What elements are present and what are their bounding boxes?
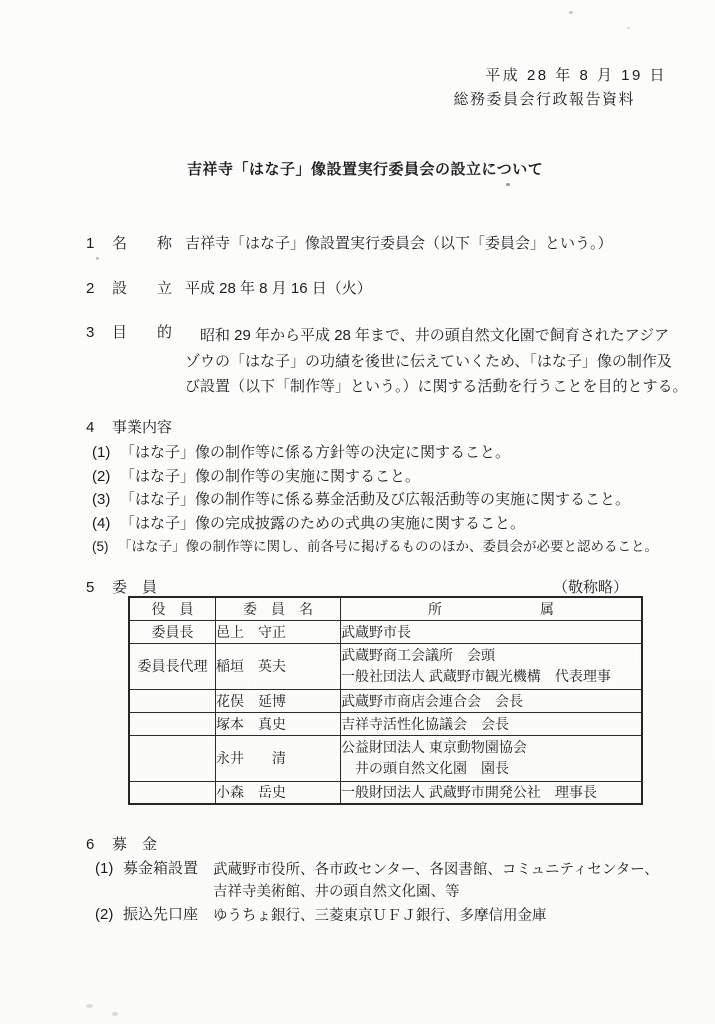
- business-item-text: 「はな子」像の制作等に関し、前各号に掲げるもののほか、委員会が必要と認めること。: [118, 535, 658, 559]
- section-members-number: 5: [86, 578, 112, 598]
- table-row: 委員長 邑上 守正 武蔵野市長: [129, 620, 642, 643]
- fundraising-item-number: (1): [95, 859, 123, 903]
- section-name-label: 名 称: [112, 234, 185, 254]
- scan-speck: [627, 27, 630, 29]
- members-table-container: 役 員 委 員 名 所 属 委員長 邑上 守正 武蔵野市長 委員長代理 稲垣 英…: [128, 596, 643, 805]
- cell-name: 塚本 真史: [216, 712, 341, 735]
- fundraising-items-list: (1) 募金箱設置 武蔵野市役所、各市政センター、各図書館、コミュニティセンター…: [95, 859, 659, 927]
- section-name-number: 1: [86, 234, 112, 254]
- section-fundraising-label: 募 金: [112, 835, 157, 855]
- scan-speck: [506, 183, 510, 186]
- business-item: (5) 「はな子」像の制作等に関し、前各号に掲げるもののほか、委員会が必要と認め…: [92, 535, 658, 559]
- section-name-value: 吉祥寺「はな子」像設置実行委員会（以下「委員会」という。）: [185, 234, 613, 254]
- fundraising-item: (1) 募金箱設置 武蔵野市役所、各市政センター、各図書館、コミュニティセンター…: [95, 859, 659, 903]
- business-item-number: (1): [92, 441, 120, 465]
- table-row: 小森 岳史 一般財団法人 武蔵野市開発公社 理事長: [129, 781, 642, 804]
- business-item-text: 「はな子」像の制作等に係る方針等の決定に関すること。: [120, 441, 510, 465]
- fundraising-value-line: ゆうちょ銀行、三菱東京ＵＦＪ銀行、多摩信用金庫: [213, 905, 547, 927]
- cell-role: [129, 735, 216, 781]
- document-type-label: 総務委員会行政報告資料: [453, 90, 635, 110]
- section-purpose-label: 目 的: [112, 323, 185, 400]
- business-item-text: 「はな子」像の完成披露のための式典の実施に関すること。: [120, 512, 525, 536]
- section-members-label: 委 員: [112, 578, 157, 598]
- business-item-number: (3): [92, 488, 120, 512]
- cell-role: [129, 712, 216, 735]
- section-fundraising-number: 6: [86, 835, 112, 855]
- fundraising-item-label: 振込先口座: [123, 905, 213, 927]
- business-items-list: (1) 「はな子」像の制作等に係る方針等の決定に関すること。 (2) 「はな子」…: [92, 441, 658, 559]
- cell-affiliation: 武蔵野商工会議所 会頭 一般社団法人 武蔵野市観光機構 代表理事: [341, 643, 643, 689]
- members-table: 役 員 委 員 名 所 属 委員長 邑上 守正 武蔵野市長 委員長代理 稲垣 英…: [128, 596, 643, 805]
- business-item-number: (2): [92, 465, 120, 489]
- cell-role: 委員長: [129, 620, 216, 643]
- header-cell-name: 委 員 名: [216, 597, 341, 620]
- business-item-text: 「はな子」像の制作等の実施に関すること。: [120, 465, 420, 489]
- cell-name: 小森 岳史: [216, 781, 341, 804]
- cell-name: 邑上 守正: [216, 620, 341, 643]
- business-item-text: 「はな子」像の制作等に係る募金活動及び広報活動等の実施に関すること。: [120, 488, 630, 512]
- purpose-line: び設置（以下「制作等」という。）に関する活動を行うことを目的とする。: [185, 374, 688, 400]
- affiliation-line: 公益財団法人 東京動物園協会: [341, 737, 641, 758]
- cell-name: 稲垣 英夫: [216, 643, 341, 689]
- header-cell-affiliation: 所 属: [341, 597, 643, 620]
- cell-affiliation: 武蔵野市商店会連合会 会長: [341, 689, 643, 712]
- cell-role: [129, 689, 216, 712]
- table-row: 永井 清 公益財団法人 東京動物園協会 井の頭自然文化園 園長: [129, 735, 642, 781]
- fundraising-item-number: (2): [95, 905, 123, 927]
- affiliation-line: 武蔵野商工会議所 会頭: [341, 645, 641, 666]
- cell-affiliation: 公益財団法人 東京動物園協会 井の頭自然文化園 園長: [341, 735, 643, 781]
- section-name: 1 名 称 吉祥寺「はな子」像設置実行委員会（以下「委員会」という。）: [86, 234, 613, 254]
- fundraising-item-value: 武蔵野市役所、各市政センター、各図書館、コミュニティセンター、 吉祥寺美術館、井…: [213, 859, 659, 903]
- cell-affiliation: 一般財団法人 武蔵野市開発公社 理事長: [341, 781, 643, 804]
- table-row: 花俣 延博 武蔵野市商店会連合会 会長: [129, 689, 642, 712]
- section-business-number: 4: [86, 418, 112, 438]
- business-item-number: (4): [92, 512, 120, 536]
- section-establishment-number: 2: [86, 279, 112, 299]
- affiliation-line: 井の頭自然文化園 園長: [341, 758, 641, 779]
- header-cell-role: 役 員: [129, 597, 216, 620]
- cell-affiliation: 吉祥寺活性化協議会 会長: [341, 712, 643, 735]
- scan-speck: [86, 1004, 93, 1008]
- business-item-number: (5): [92, 535, 118, 559]
- section-establishment-label: 設 立: [112, 279, 185, 299]
- members-table-header-row: 役 員 委 員 名 所 属: [129, 597, 642, 620]
- affiliation-line: 一般社団法人 武蔵野市観光機構 代表理事: [341, 666, 641, 687]
- purpose-line: ゾウの「はな子」の功績を後世に伝えていくため、「はな子」像の制作及: [185, 349, 688, 375]
- fundraising-item-label: 募金箱設置: [123, 859, 213, 903]
- fundraising-value-line: 武蔵野市役所、各市政センター、各図書館、コミュニティセンター、: [213, 859, 659, 881]
- cell-affiliation: 武蔵野市長: [341, 620, 643, 643]
- section-business-label: 事業内容: [112, 418, 172, 438]
- scanned-document-page: 平成 28 年 8 月 19 日 総務委員会行政報告資料 吉祥寺「はな子」像設置…: [0, 0, 715, 1024]
- section-establishment: 2 設 立 平成 28 年 8 月 16 日（火）: [86, 279, 372, 299]
- scan-speck: [96, 257, 99, 260]
- business-item: (2) 「はな子」像の制作等の実施に関すること。: [92, 465, 658, 489]
- section-business-heading: 4 事業内容: [86, 418, 172, 438]
- business-item: (3) 「はな子」像の制作等に係る募金活動及び広報活動等の実施に関すること。: [92, 488, 658, 512]
- fundraising-item: (2) 振込先口座 ゆうちょ銀行、三菱東京ＵＦＪ銀行、多摩信用金庫: [95, 905, 659, 927]
- table-row: 委員長代理 稲垣 英夫 武蔵野商工会議所 会頭 一般社団法人 武蔵野市観光機構 …: [129, 643, 642, 689]
- document-date: 平成 28 年 8 月 19 日: [485, 66, 667, 86]
- fundraising-value-line: 吉祥寺美術館、井の頭自然文化園、等: [213, 881, 659, 903]
- table-row: 塚本 真史 吉祥寺活性化協議会 会長: [129, 712, 642, 735]
- section-members-heading: 5 委 員: [86, 578, 157, 598]
- section-purpose: 3 目 的 昭和 29 年から平成 28 年まで、井の頭自然文化園で飼育されたア…: [86, 323, 688, 400]
- section-establishment-value: 平成 28 年 8 月 16 日（火）: [185, 279, 372, 299]
- cell-role: [129, 781, 216, 804]
- scan-speck: [569, 11, 573, 14]
- business-item: (1) 「はな子」像の制作等に係る方針等の決定に関すること。: [92, 441, 658, 465]
- cell-name: 花俣 延博: [216, 689, 341, 712]
- purpose-line: 昭和 29 年から平成 28 年まで、井の頭自然文化園で飼育されたアジア: [185, 323, 688, 349]
- fundraising-item-value: ゆうちょ銀行、三菱東京ＵＦＪ銀行、多摩信用金庫: [213, 905, 547, 927]
- honorifics-omitted-note: （敬称略）: [553, 578, 628, 598]
- cell-name: 永井 清: [216, 735, 341, 781]
- business-item: (4) 「はな子」像の完成披露のための式典の実施に関すること。: [92, 512, 658, 536]
- section-purpose-number: 3: [86, 323, 112, 400]
- scan-speck: [112, 1012, 118, 1016]
- document-title: 吉祥寺「はな子」像設置実行委員会の設立について: [187, 160, 543, 180]
- section-purpose-text: 昭和 29 年から平成 28 年まで、井の頭自然文化園で飼育されたアジア ゾウの…: [185, 323, 688, 400]
- section-fundraising-heading: 6 募 金: [86, 835, 157, 855]
- cell-role: 委員長代理: [129, 643, 216, 689]
